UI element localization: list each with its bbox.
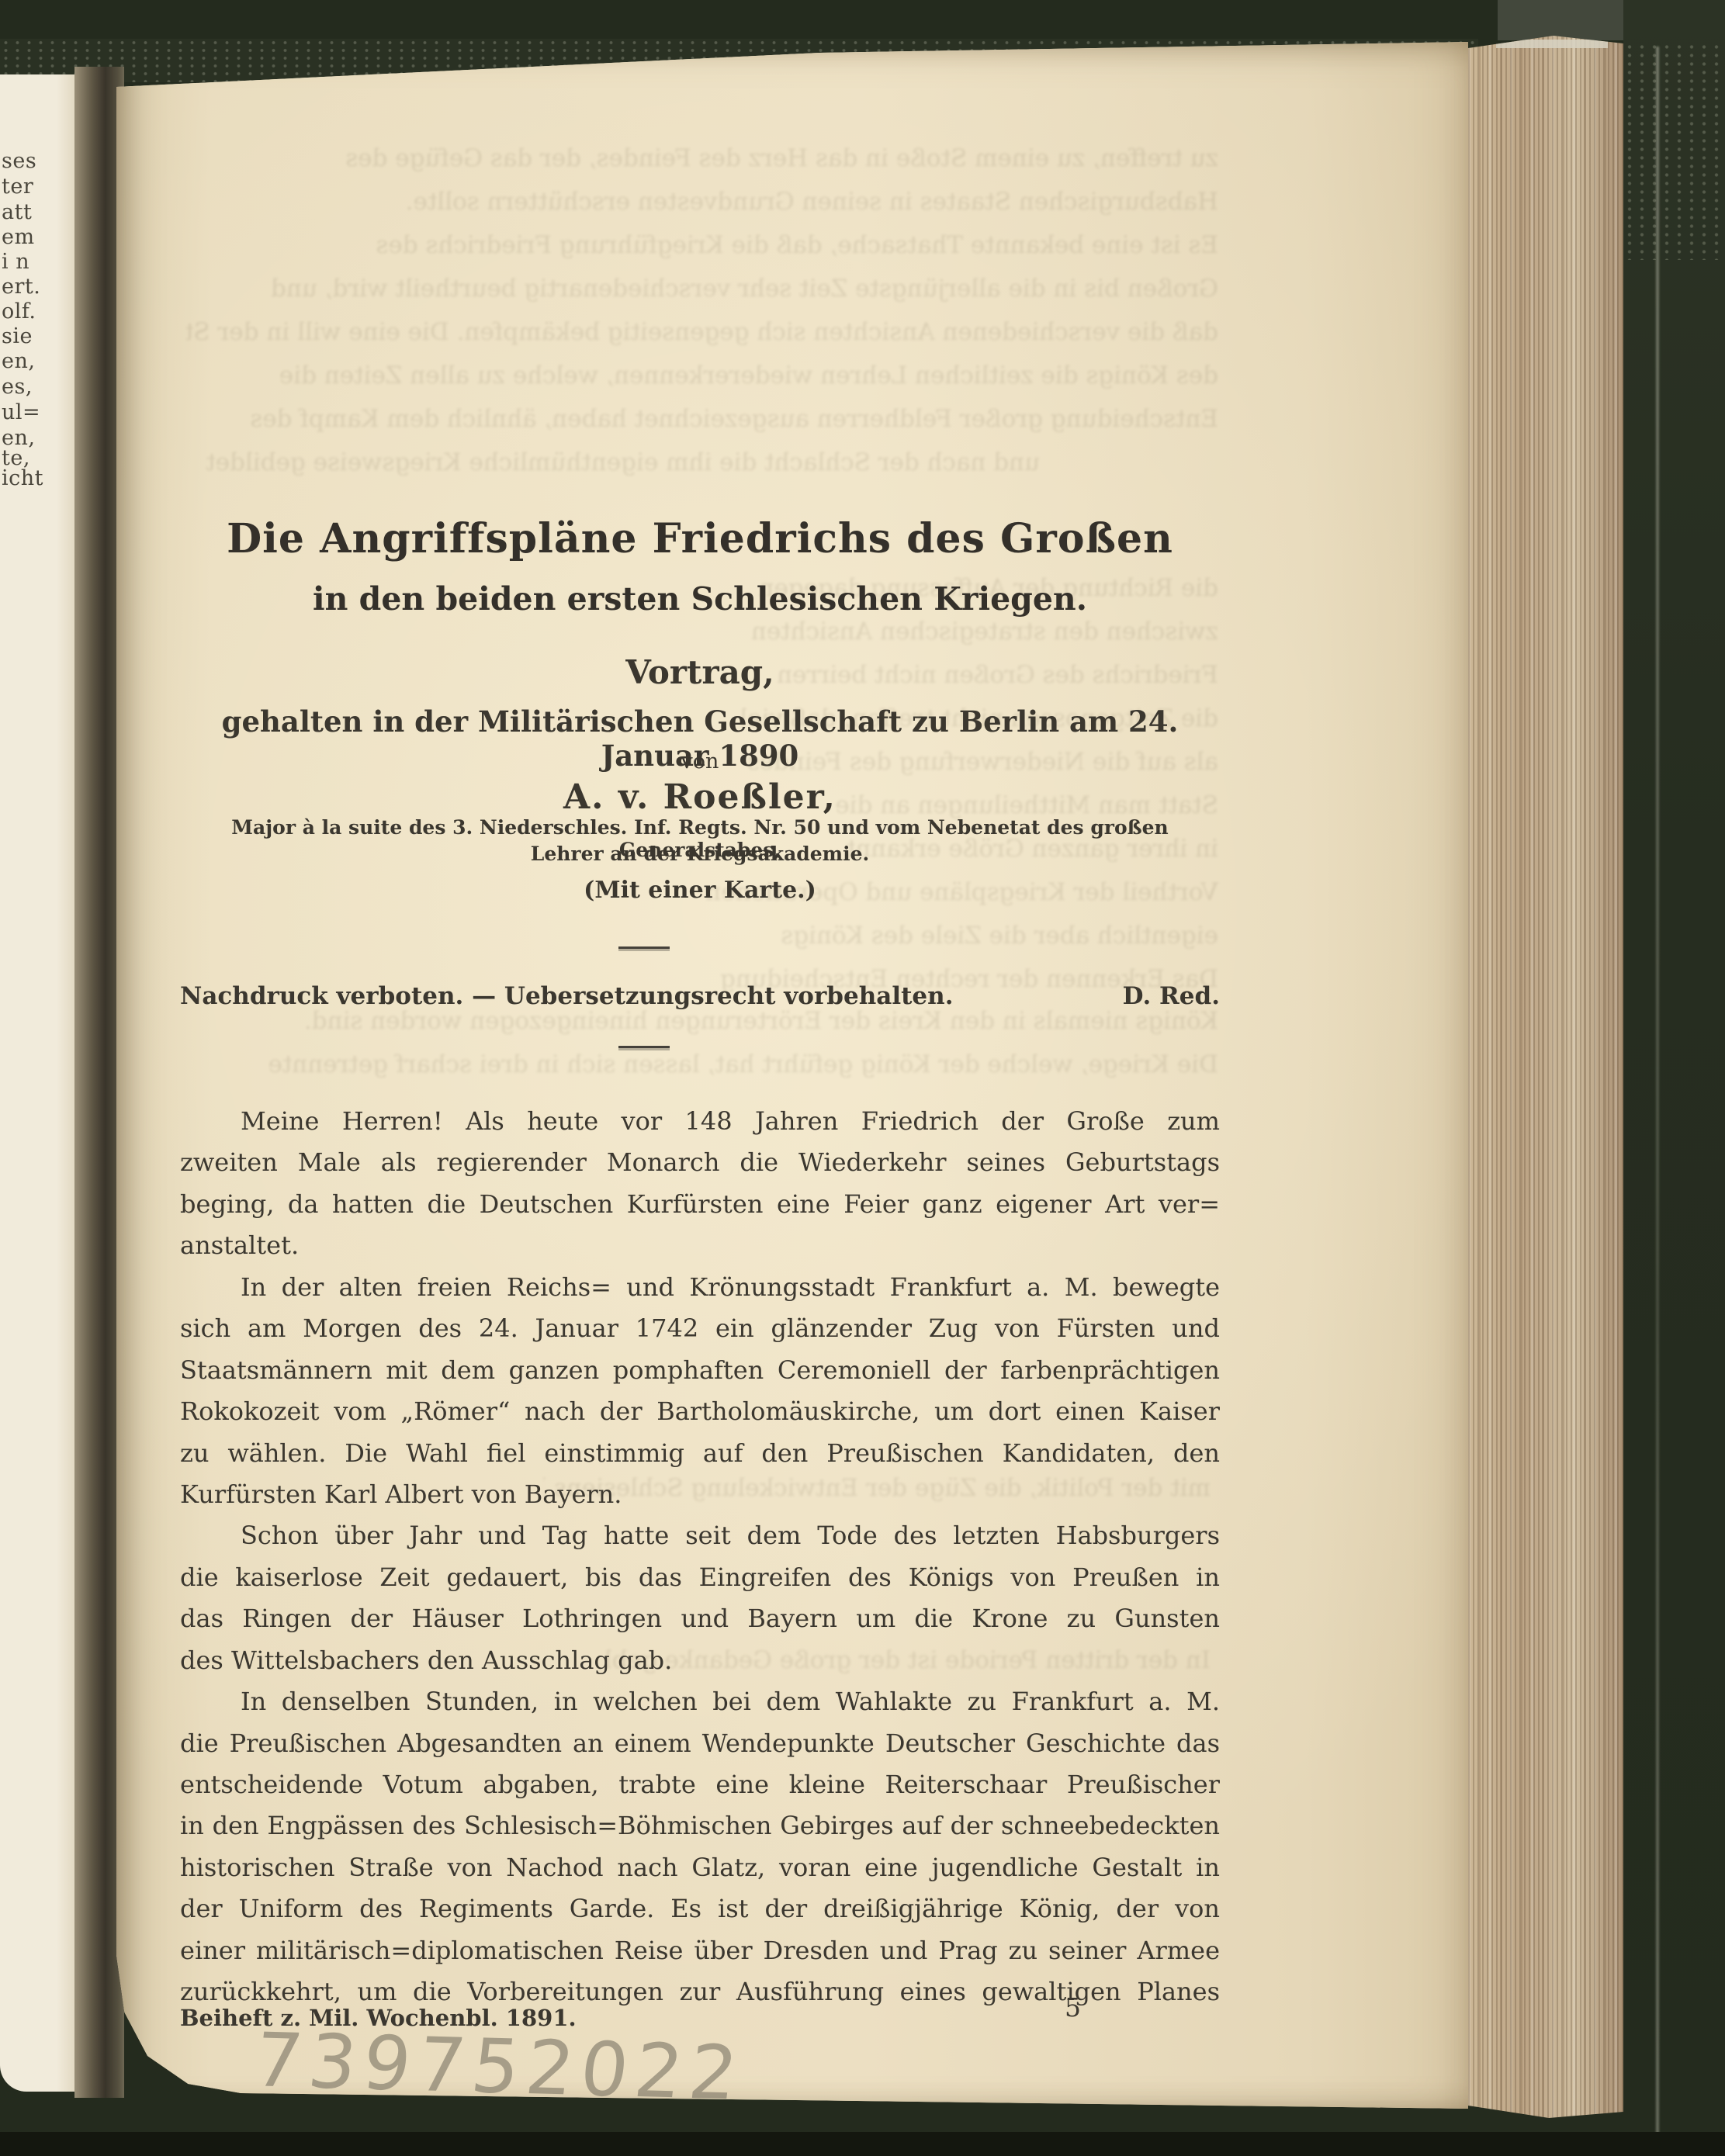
bleedthrough-text-line: zwischen den strategischen Ansichten <box>691 618 1218 652</box>
scan-bottom-edge <box>0 2132 1725 2156</box>
author-rank-line-2: Lehrer an der Kriegsakademie. <box>180 843 1220 865</box>
genre-label: Vortrag, <box>180 653 1220 691</box>
body-text-line: Kurfürsten Karl Albert von Bayern. <box>180 1474 1220 1515</box>
separator-rule <box>618 1046 670 1048</box>
signature-number: 5 <box>1065 1992 1081 2023</box>
body-text-line: beging, da hatten die Deutschen Kurfürst… <box>180 1184 1220 1225</box>
author-name: A. v. Roeßler, <box>180 777 1220 817</box>
copyright-notice-text: Nachdruck verboten. — Uebersetzungsrecht… <box>180 982 953 1010</box>
body-text-line: anstaltet. <box>180 1225 1220 1266</box>
bleedthrough-text-line: und nach der Schlacht die ihm eigenthüml… <box>186 448 1040 483</box>
bleedthrough-text-line: Die Kriege, welche der König geführt hat… <box>186 1050 1218 1085</box>
map-note: (Mit einer Karte.) <box>180 877 1220 904</box>
editor-initials: D. Red. <box>1123 982 1220 1010</box>
body-text-line: das Ringen der Häuser Lothringen und Bay… <box>180 1598 1220 1639</box>
bleedthrough-text-line: Großen bis in die allerjüngste Zeit sehr… <box>186 275 1218 309</box>
body-text-line: historischen Straße von Nachod nach Glat… <box>180 1847 1220 1888</box>
body-text-line: Rokokozeit vom „Römer“ nach der Bartholo… <box>180 1391 1220 1432</box>
body-text-line: sich am Morgen des 24. Januar 1742 ein g… <box>180 1308 1220 1349</box>
copyright-notice: Nachdruck verboten. — Uebersetzungsrecht… <box>180 982 1220 1010</box>
body-text-line: des Wittelsbachers den Ausschlag gab. <box>180 1640 1220 1681</box>
bleedthrough-text-line: Habsburgischen Staates in seinen Grundve… <box>186 188 1218 222</box>
body-text-line: zu wählen. Die Wahl fiel einstimmig auf … <box>180 1433 1220 1474</box>
article-title: Die Angriffspläne Friedrichs des Großen <box>180 515 1220 562</box>
printed-text-layer: zu treffen, zu einem Stoße in das Herz d… <box>0 0 1725 2156</box>
body-text-line: die kaiserlose Zeit gedauert, bis das Ei… <box>180 1557 1220 1598</box>
body-text-line: der Uniform des Regiments Garde. Es ist … <box>180 1888 1220 1929</box>
bleedthrough-text-line: zu treffen, zu einem Stoße in das Herz d… <box>186 144 1218 178</box>
body-text-line: zweiten Male als regierender Monarch die… <box>180 1142 1220 1183</box>
body-text-line: In denselben Stunden, in welchen bei dem… <box>180 1681 1220 1722</box>
body-text-line: einer militärisch=diplomatischen Reise ü… <box>180 1930 1220 1971</box>
body-text: Meine Herren! Als heute vor 148 Jahren F… <box>180 1101 1220 2013</box>
handwritten-inventory-number: 739752022 <box>250 2016 749 2116</box>
body-text-line: Meine Herren! Als heute vor 148 Jahren F… <box>180 1101 1220 1142</box>
byline-von: von <box>180 749 1220 773</box>
book-scan: sesterattemi nert.olf.sieen,es,ul=en,te,… <box>0 0 1725 2156</box>
bleedthrough-text-line: eigentlich aber die Ziele des Königs <box>691 922 1218 956</box>
bleedthrough-text-line: Entscheidung großer Feldherren ausgezeic… <box>186 405 1218 439</box>
body-text-line: in den Engpässen des Schlesisch=Böhmisch… <box>180 1805 1220 1846</box>
bleedthrough-text-line: Königs niemals in den Kreis der Erörteru… <box>186 1007 1218 1041</box>
bleedthrough-text-line: Es ist eine bekannte Thatsache, daß die … <box>186 231 1218 265</box>
body-text-line: Staatsmännern mit dem ganzen pomphaften … <box>180 1350 1220 1391</box>
bleedthrough-text-line: daß die verschiedenen Ansichten sich geg… <box>186 318 1218 352</box>
body-text-line: In der alten freien Reichs= und Krönungs… <box>180 1267 1220 1308</box>
body-text-line: Schon über Jahr und Tag hatte seit dem T… <box>180 1515 1220 1556</box>
bleedthrough-text-line: des Königs die zeitlichen Lehren wiedere… <box>186 362 1218 396</box>
article-subtitle: in den beiden ersten Schlesischen Kriege… <box>180 580 1220 618</box>
body-text-line: entscheidende Votum abgaben, trabte eine… <box>180 1764 1220 1805</box>
body-text-line: die Preußischen Abgesandten an einem Wen… <box>180 1723 1220 1764</box>
separator-rule <box>618 946 670 949</box>
